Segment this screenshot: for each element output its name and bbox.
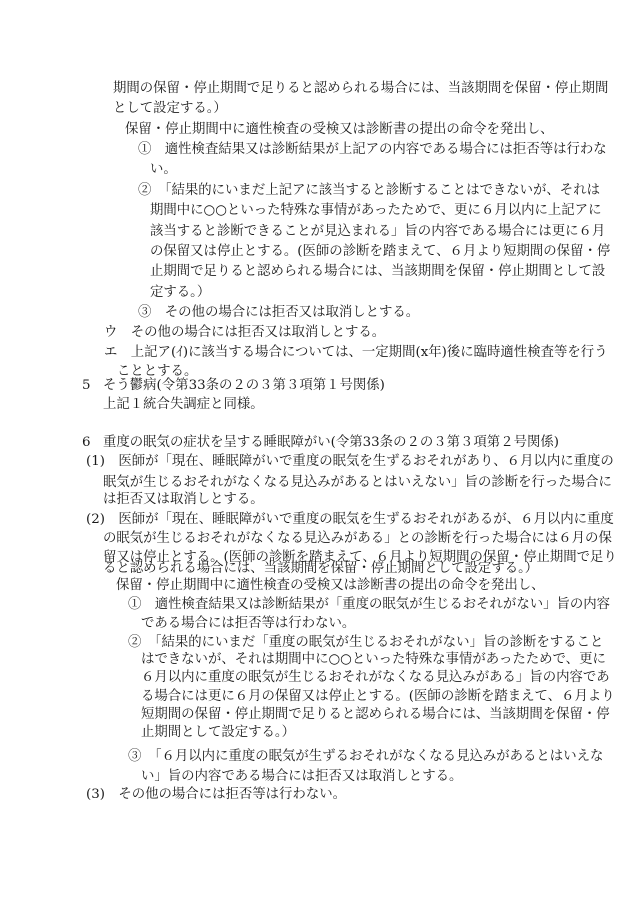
subitem-1: (1) 医師が「現在、睡眠障がいで重度の眠気を生ずるおそれがあり、６月以内に重度… <box>86 454 614 470</box>
text-line: 期間の保留・停止期間で足りると認められる場合には、当該期間を保留・停止期間 <box>113 81 608 97</box>
item-e: エ 上記ア(ｲ)に該当する場合については、一定期間(x年)後に臨時適性検査等を行… <box>104 345 608 361</box>
list-item-1: ① 適性検査結果又は診断結果が上記アの内容である場合には拒否等は行わな <box>138 142 607 158</box>
text-line: である場合には拒否等は行わない。 <box>141 616 355 632</box>
list-item-1: ① 適性検査結果又は診断結果が「重度の眠気が生じるおそれがない」旨の内容 <box>128 597 610 613</box>
text-line: として設定する。） <box>113 101 227 117</box>
section-number: 6 <box>82 435 91 451</box>
list-item-2: ② 「結果的にいまだ上記アに該当すると診断することはできないが、それは <box>138 183 600 199</box>
section-body: 上記１統合失調症と同様。 <box>103 397 264 413</box>
section-heading: そう鬱病(令第33条の２の３第３項第１号関係) <box>103 378 385 394</box>
text-line: 止期間で足りると認められる場合には、当該期間を保留・停止期間として設 <box>150 264 605 280</box>
text-line: 眠気が生じるおそれがなくなる見込みがあるとはいえない」旨の診断を行った場合に <box>103 475 612 491</box>
text-line: る場合には更に６月の保留又は停止とする。(医師の診断を踏まえて、６月より <box>141 689 615 705</box>
list-item-2: ② 「結果的にいまだ「重度の眠気が生じるおそれがない」旨の診断をすること <box>128 635 603 651</box>
text-line: 保留・停止期間中に適性検査の受検又は診断書の提出の命令を発出し、 <box>116 578 545 594</box>
text-line: はできないが、それは期間中に○○といった特殊な事情があったためで、更に <box>141 652 606 668</box>
list-item-3: ③ 「６月以内に重度の眠気が生ずるおそれがなくなる見込みがあるとはいえな <box>128 749 603 765</box>
list-item-3: ③ その他の場合には拒否又は取消しとする。 <box>138 305 419 321</box>
text-line: 該当すると診断できることが見込まれる」旨の内容である場合には更に６月 <box>150 224 605 240</box>
text-line: 保留・停止期間中に適性検査の受検又は診断書の提出の命令を発出し、 <box>125 122 554 138</box>
subitem-2: (2) 医師が「現在、睡眠障がいで重度の眠気を生ずるおそれがあるが、６月以内に重… <box>86 512 614 528</box>
text-line: ると認められる場合には、当該期間を保留・停止期間として設定する。） <box>103 561 538 577</box>
text-line: 止期間として設定する。） <box>141 725 295 741</box>
section-heading: 重度の眠気の症状を呈する睡眠障がい(令第33条の２の３第３項第２号関係) <box>103 435 559 451</box>
item-u: ウ その他の場合には拒否又は取消しとする。 <box>104 325 385 341</box>
subitem-3: (3) その他の場合には拒否等は行わない。 <box>86 787 346 803</box>
document-page: 期間の保留・停止期間で足りると認められる場合には、当該期間を保留・停止期間 とし… <box>0 0 630 903</box>
text-line: の眠気が生じるおそれがなくなる見込みがある」との診断を行った場合には６月の保 <box>103 531 612 547</box>
text-line: 期間中に○○といった特殊な事情があったためで、更に６月以内に上記アに <box>150 203 601 219</box>
text-line: 短期間の保留・停止期間で足りると認められる場合には、当該期間を保留・停 <box>141 707 610 723</box>
text-line: い。 <box>150 162 177 178</box>
text-line: は拒否又は取消しとする。 <box>103 492 264 508</box>
text-line: の保留又は停止とする。(医師の診断を踏まえて、６月より短期間の保留・停 <box>150 244 610 260</box>
text-line: ６月以内に重度の眠気が生じるおそれがなくなる見込みがある」旨の内容であ <box>141 670 610 686</box>
text-line: い」旨の内容である場合には拒否又は取消しとする。 <box>141 769 462 785</box>
section-number: 5 <box>82 378 91 394</box>
text-line: 定する。） <box>150 285 210 301</box>
